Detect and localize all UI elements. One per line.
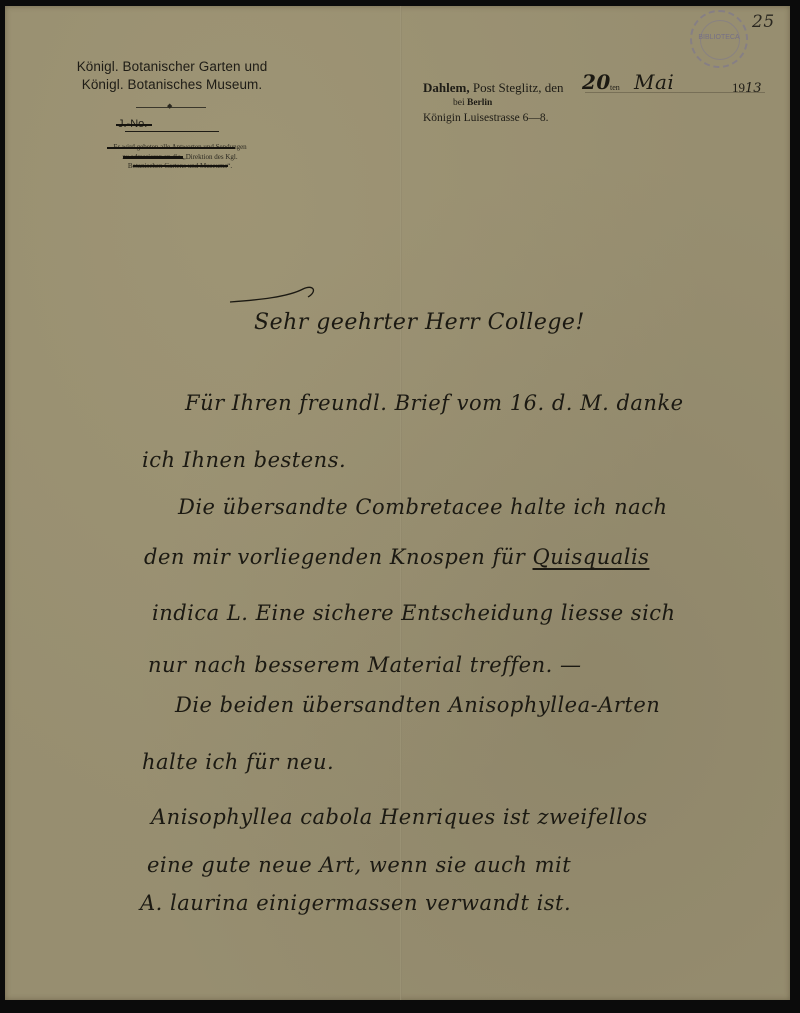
institution-line-2: Königl. Botanisches Museum. — [62, 76, 282, 94]
city-line: bei Berlin — [453, 98, 492, 108]
letter-line: halte ich für neu. — [142, 752, 334, 773]
letter-line: Die beiden übersandten Anisophyllea-Arte… — [175, 695, 660, 716]
letter-line: Die übersandte Combretacee halte ich nac… — [178, 497, 668, 518]
strikethrough-mark — [123, 156, 183, 159]
journal-number-line — [125, 131, 219, 132]
letter-line: ich Ihnen bestens. — [142, 450, 346, 471]
underlined-genus: Quisqualis — [533, 545, 650, 569]
institution-name: Königl. Botanischer Garten und Königl. B… — [62, 58, 282, 94]
institution-line-1: Königl. Botanischer Garten und — [62, 58, 282, 76]
flourish-icon — [228, 285, 323, 305]
letter-line: eine gute neue Art, wenn sie auch mit — [147, 855, 571, 876]
letter-line: nur nach besserem Material treffen. — — [148, 655, 582, 676]
date-day: 20 — [582, 70, 611, 94]
strikethrough-mark — [133, 165, 228, 167]
strikethrough-mark — [107, 147, 235, 149]
archive-stamp-icon: BIBLIOTECA — [690, 10, 748, 68]
address-notice: Es wird gebeten alle Antworten und Sendu… — [85, 143, 275, 172]
date-day-suffix: ten — [610, 83, 620, 92]
letter-line: den mir vorliegenden Knospen für Quisqua… — [144, 547, 649, 568]
street-address: Königin Luisestrasse 6—8. — [423, 112, 549, 124]
letter-line: Für Ihren freundl. Brief vom 16. d. M. d… — [185, 393, 684, 414]
date-month: Mai — [634, 70, 674, 94]
stamp-text: BIBLIOTECA — [692, 34, 746, 41]
ornament-divider — [136, 107, 206, 108]
date-year: 1913 — [732, 80, 762, 96]
journal-number-label: J.-No. — [118, 118, 147, 130]
letter-line: indica L. Eine sichere Entscheidung lies… — [152, 603, 676, 624]
salutation: Sehr geehrter Herr College! — [254, 310, 585, 335]
letter-line: A. laurina einigermassen verwandt ist. — [140, 893, 571, 914]
strikethrough-mark — [116, 124, 152, 126]
place-line: Dahlem, Post Steglitz, den — [423, 80, 563, 96]
archive-number: 25 — [752, 12, 775, 32]
letter-line: Anisophyllea cabola Henriques ist zweife… — [151, 807, 648, 828]
